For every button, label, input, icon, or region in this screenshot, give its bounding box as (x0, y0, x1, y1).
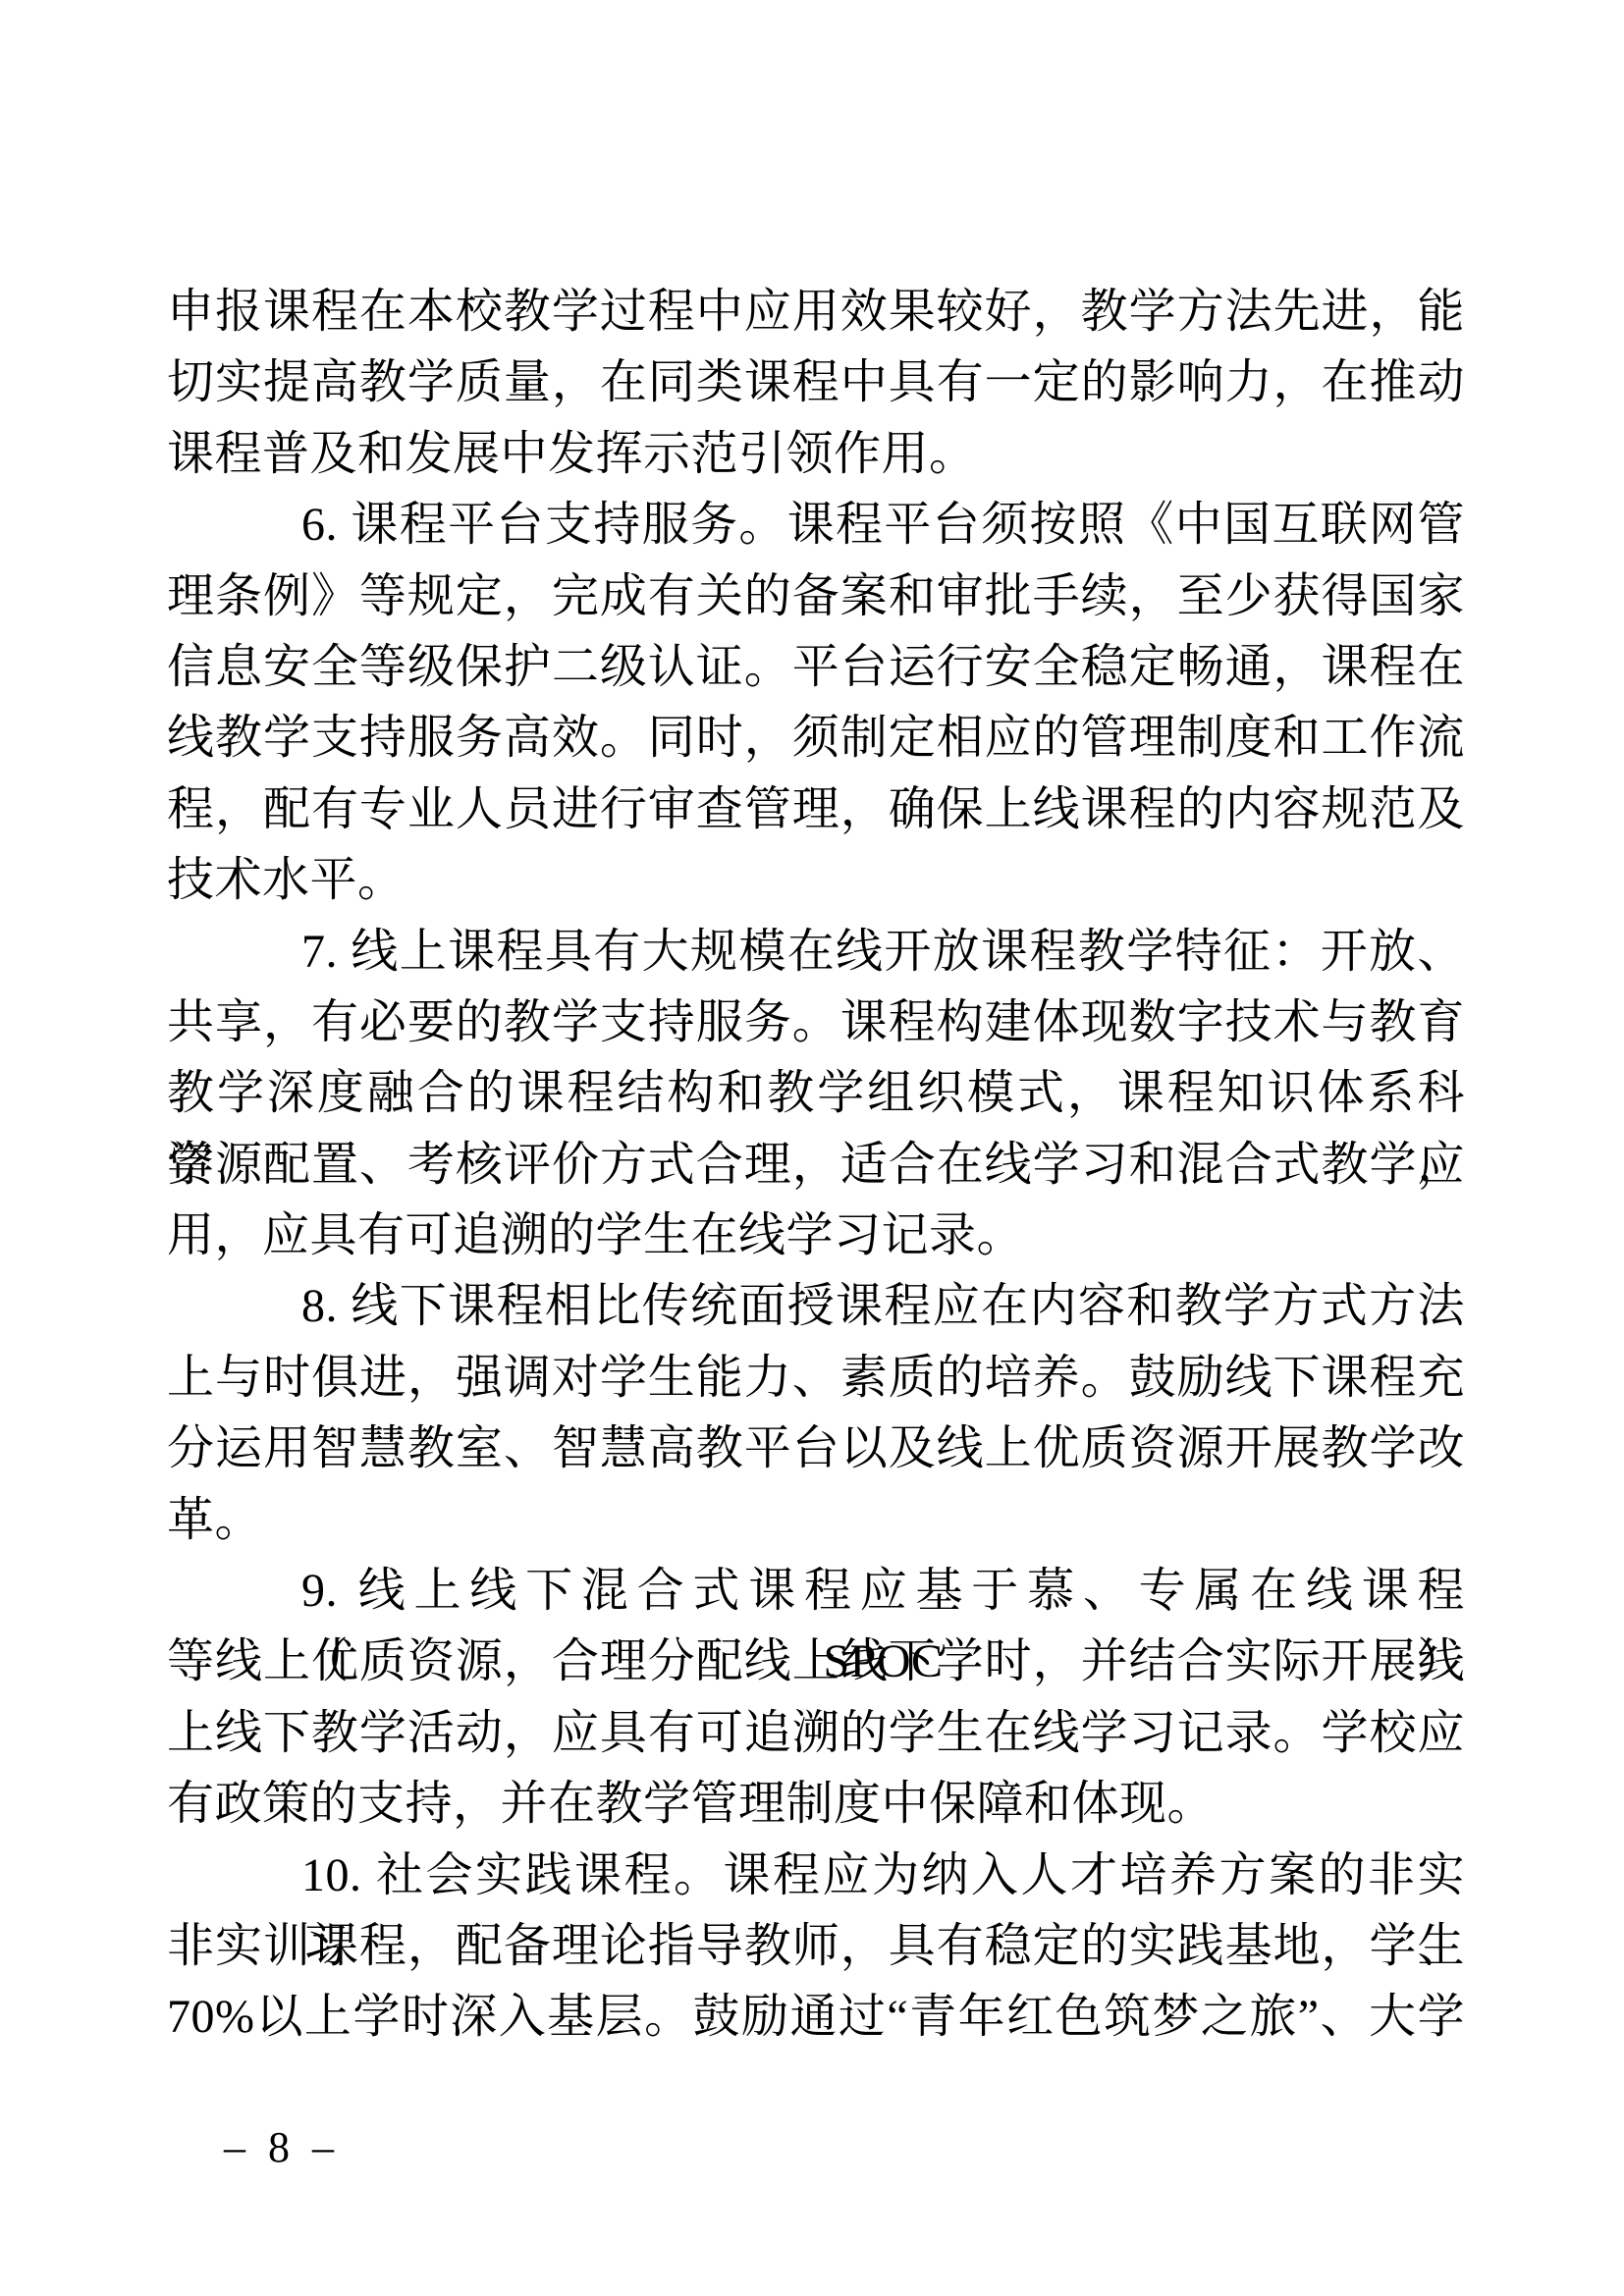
text-line: 非实训课程，配备理论指导教师，具有稳定的实践基地，学生 (167, 1911, 1465, 1982)
text-line: 共享，有必要的教学支持服务。课程构建体现数字技术与教育 (167, 988, 1465, 1058)
text-line: 分运用智慧教室、智慧高教平台以及线上优质资源开展教学改 (167, 1414, 1465, 1484)
paragraph: 10. 社会实践课程。课程应为纳入人才培养方案的非实习、非实训课程，配备理论指导… (167, 1841, 1465, 2054)
text-line: 有政策的支持，并在教学管理制度中保障和体现。 (167, 1769, 1465, 1840)
document-content: 申报课程在本校教学过程中应用效果较好，教学方法先进，能切实提高教学质量，在同类课… (167, 277, 1465, 2054)
document-page: 申报课程在本校教学过程中应用效果较好，教学方法先进，能切实提高教学质量，在同类课… (0, 0, 1624, 2296)
text-line: 技术水平。 (167, 845, 1465, 916)
text-line: 上与时俱进，强调对学生能力、素质的培养。鼓励线下课程充 (167, 1343, 1465, 1414)
text-line: 用，应具有可追溯的学生在线学习记录。 (167, 1201, 1465, 1271)
text-line: 线教学支持服务高效。同时，须制定相应的管理制度和工作流 (167, 703, 1465, 774)
text-line: 申报课程在本校教学过程中应用效果较好，教学方法先进，能 (167, 277, 1465, 347)
paragraph: 8. 线下课程相比传统面授课程应在内容和教学方式方法上与时俱进，强调对学生能力、… (167, 1271, 1465, 1556)
paragraph: 6. 课程平台支持服务。课程平台须按照《中国互联网管理条例》等规定，完成有关的备… (167, 490, 1465, 916)
text-line: 等线上优质资源，合理分配线上线下学时，并结合实际开展线 (167, 1627, 1465, 1697)
text-line: 程，配有专业人员进行审查管理，确保上线课程的内容规范及 (167, 774, 1465, 845)
text-line: 8. 线下课程相比传统面授课程应在内容和教学方式方法 (167, 1271, 1465, 1342)
text-line: 70%以上学时深入基层。鼓励通过“青年红色筑梦之旅”、大学 (167, 1982, 1465, 2053)
text-line: 资源配置、考核评价方式合理，适合在线学习和混合式教学应 (167, 1130, 1465, 1201)
text-line: 切实提高教学质量，在同类课程中具有一定的影响力，在推动 (167, 347, 1465, 418)
paragraph: 9. 线上线下混合式课程应基于慕、专属在线课程（SPOC）等线上优质资源，合理分… (167, 1556, 1465, 1841)
text-line: 革。 (167, 1485, 1465, 1556)
text-line: 课程普及和发展中发挥示范引领作用。 (167, 419, 1465, 490)
text-line: 理条例》等规定，完成有关的备案和审批手续，至少获得国家 (167, 561, 1465, 632)
text-line: 上线下教学活动，应具有可追溯的学生在线学习记录。学校应 (167, 1698, 1465, 1769)
text-line: 10. 社会实践课程。课程应为纳入人才培养方案的非实习、 (167, 1841, 1465, 1911)
text-line: 教学深度融合的课程结构和教学组织模式，课程知识体系科学， (167, 1058, 1465, 1129)
text-line: 9. 线上线下混合式课程应基于慕、专属在线课程（SPOC） (167, 1556, 1465, 1627)
paragraph: 申报课程在本校教学过程中应用效果较好，教学方法先进，能切实提高教学质量，在同类课… (167, 277, 1465, 490)
page-number: – 8 – (224, 2122, 340, 2172)
text-line: 7. 线上课程具有大规模在线开放课程教学特征：开放、 (167, 917, 1465, 988)
text-line: 信息安全等级保护二级认证。平台运行安全稳定畅通，课程在 (167, 632, 1465, 703)
text-line: 6. 课程平台支持服务。课程平台须按照《中国互联网管 (167, 490, 1465, 561)
paragraph: 7. 线上课程具有大规模在线开放课程教学特征：开放、共享，有必要的教学支持服务。… (167, 917, 1465, 1272)
